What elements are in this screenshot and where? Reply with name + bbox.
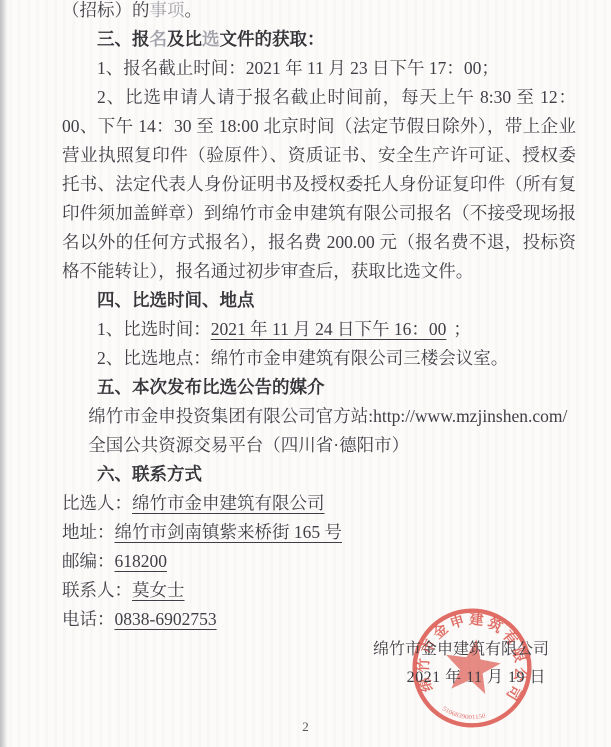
application-procedure-paragraph: 2、比选申请人请于报名截止时间前，每天上午 8:30 至 12：00、下午 14… (62, 83, 576, 286)
section3-heading: 三、报名及比选文件的获取： (62, 25, 576, 54)
contact-row-address: 地址：绵竹市剑南镇紫来桥街 165 号 (62, 518, 576, 547)
contact-value: 绵竹市剑南镇紫来桥街 165 号 (115, 522, 350, 542)
selection-time-tail: ； (453, 319, 471, 339)
section3-heading-faded: 名 (150, 29, 168, 49)
document-body: （招标）的事项。 三、报名及比选文件的获取： 1、报名截止时间：2021 年 1… (62, 0, 576, 634)
section3-heading-faded: 选 (202, 29, 220, 49)
contact-value: 0838-6902753 (115, 609, 224, 629)
intro-period: 。 (185, 0, 203, 20)
section3-heading-part: 文件的获取： (220, 29, 325, 49)
registration-deadline-line: 1、报名截止时间：2021 年 11 月 23 日下午 17：00； (62, 54, 576, 83)
intro-continuation-line: （招标）的事项。 (62, 0, 576, 25)
selection-time-line: 1、比选时间：2021 年 11 月 24 日下午 16：00； (62, 315, 576, 344)
contact-label: 邮编： (62, 551, 115, 571)
selection-place-line: 2、比选地点：绵竹市金申建筑有限公司三楼会议室。 (62, 344, 576, 373)
section5-heading: 五、本次发布比选公告的媒介 (62, 373, 576, 402)
selection-time-value: 2021 年 11 月 24 日下午 16：00 (211, 319, 454, 339)
contact-label: 比选人： (62, 493, 132, 513)
contact-label: 联系人： (62, 580, 132, 600)
contact-row-bidder: 比选人：绵竹市金申建筑有限公司 (62, 489, 576, 518)
signature-date: 2021 年 11 月 19 日 (373, 664, 549, 692)
signature-block: 绵竹市金申建筑有限公司 2021 年 11 月 19 日 (373, 636, 549, 692)
contact-row-postcode: 邮编：618200 (62, 547, 576, 576)
selection-time-label: 1、比选时间： (97, 319, 211, 339)
contact-value: 绵竹市金申建筑有限公司 (132, 493, 332, 513)
intro-faded-text: 事项 (150, 0, 185, 20)
intro-text: （招标）的 (62, 0, 150, 20)
document-page: （招标）的事项。 三、报名及比选文件的获取： 1、报名截止时间：2021 年 1… (0, 0, 611, 747)
contact-value: 618200 (115, 551, 175, 571)
section4-heading: 四、比选时间、地点 (62, 286, 576, 315)
signature-company: 绵竹市金申建筑有限公司 (373, 636, 549, 664)
contact-value: 莫女士 (132, 580, 192, 600)
contact-label: 地址： (62, 522, 115, 542)
contact-label: 电话： (62, 609, 115, 629)
media-line-public-platform: 全国公共资源交易平台（四川省·德阳市） (62, 431, 576, 460)
section3-heading-part: 及比 (167, 29, 202, 49)
section3-heading-part: 三、报 (97, 29, 150, 49)
section6-heading: 六、联系方式 (62, 460, 576, 489)
media-line-official-site: 绵竹市金申投资集团有限公司官方站:http://www.mzjinshen.co… (62, 402, 576, 431)
scan-edge-shadow (0, 0, 8, 747)
